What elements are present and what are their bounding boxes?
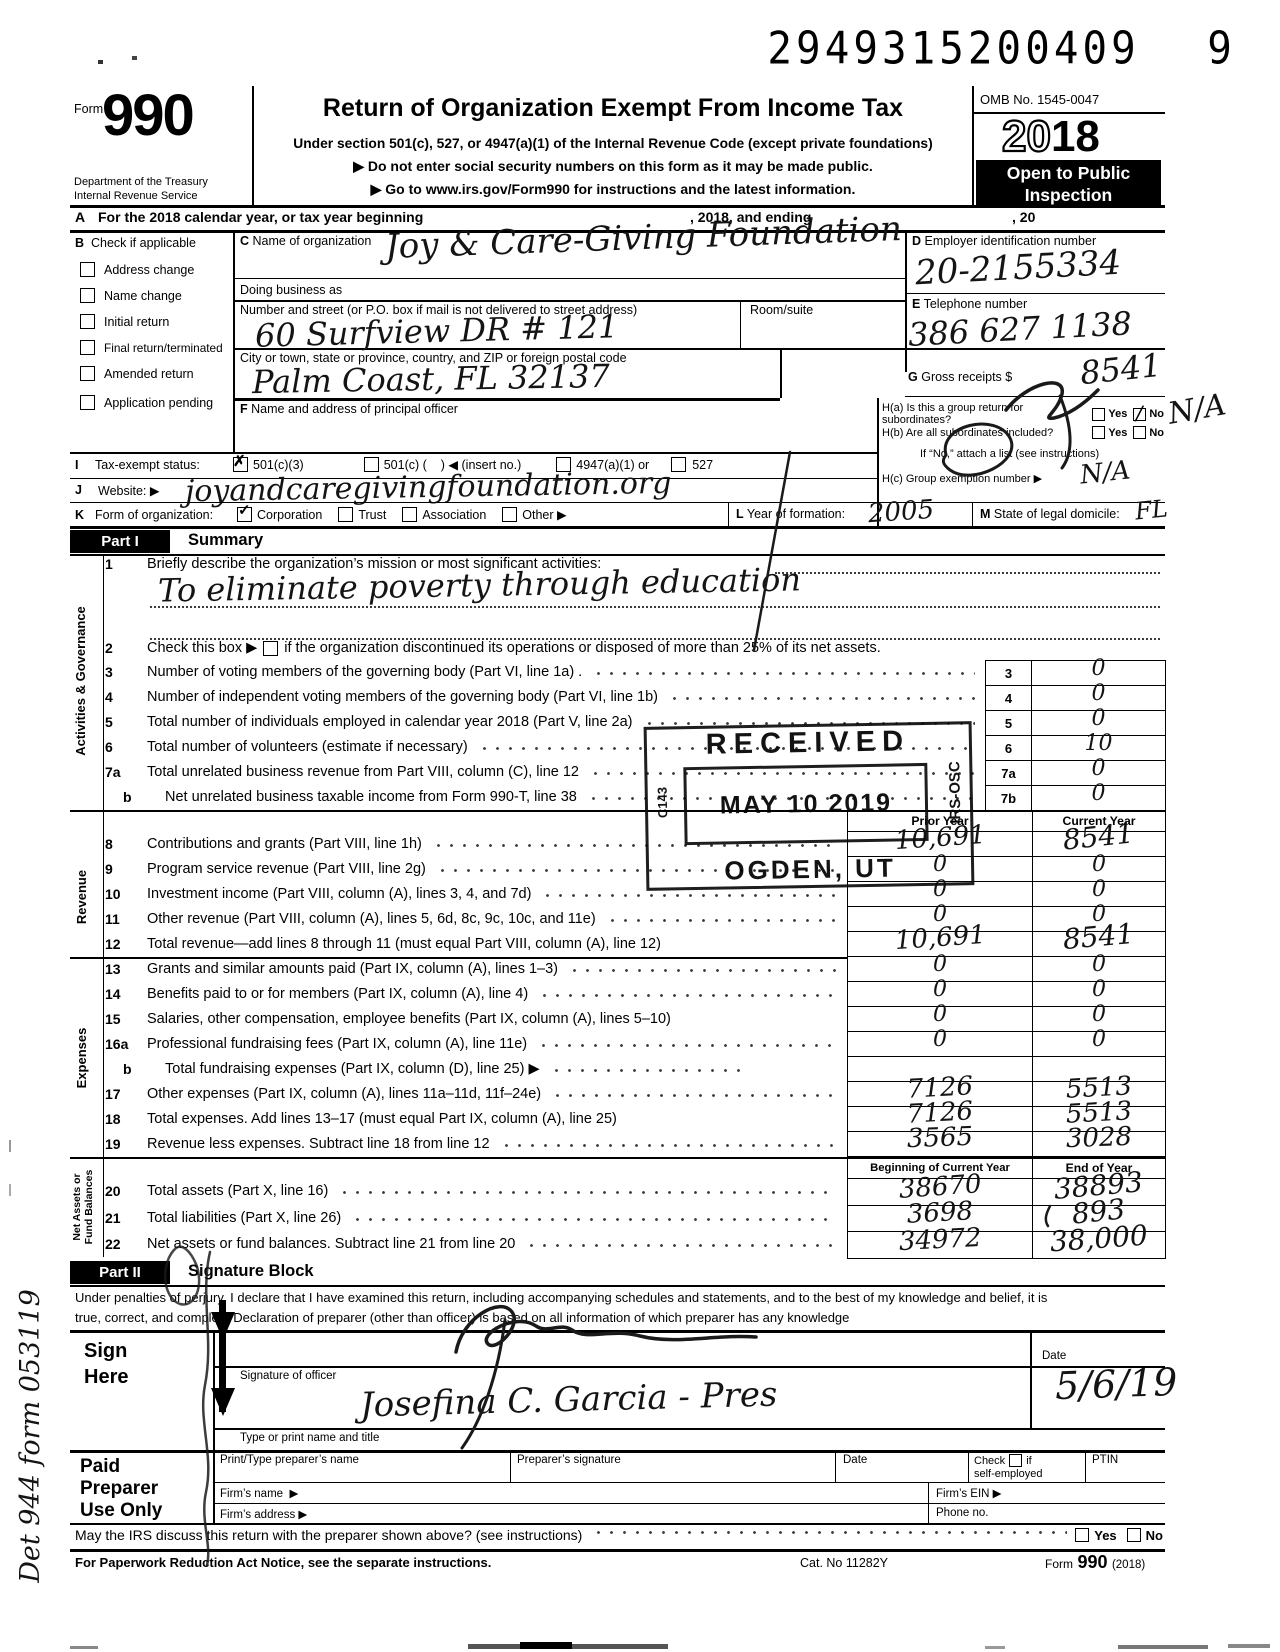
diagonal-pen-stroke (754, 452, 790, 650)
stamp-date: MAY 10 2019 (683, 763, 928, 845)
stamp-city: OGDEN, UT (649, 851, 971, 888)
handwritten-mark-tail (1060, 396, 1070, 468)
sign-arrow-head-1 (211, 1312, 235, 1340)
stamp-agency: IRS-OSC (946, 753, 963, 831)
tick-mark (1046, 1206, 1050, 1226)
flourish-scribble (165, 1247, 199, 1305)
stamp-code: C143 (654, 772, 669, 832)
signature-tail (462, 1320, 505, 1448)
stamp-received: RECEIVED (647, 724, 970, 763)
sign-arrow-head-2 (211, 1388, 235, 1416)
form-990-page: 2949315200409 9 Form 990 Department of t… (0, 0, 1280, 1652)
margin-scribble (203, 1252, 210, 1565)
ink-overlay (0, 0, 1280, 1652)
irs-received-stamp: RECEIVED MAY 10 2019 C143 IRS-OSC OGDEN,… (644, 721, 975, 891)
circle-scribble-527 (943, 424, 1011, 475)
handwritten-mark (1006, 383, 1098, 418)
